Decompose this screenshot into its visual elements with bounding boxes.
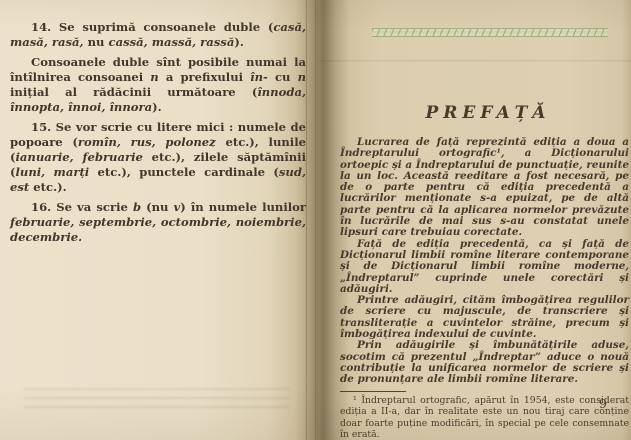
- left-page-text: 14. Se suprimă consoanele duble (casă, m…: [10, 20, 306, 250]
- rule-paragraph-15: 15. Se vor scrie cu litere mici : numele…: [10, 120, 306, 195]
- preface-paragraph-2: Față de ediția precedentă, ca și față de…: [340, 239, 629, 295]
- preface-paragraph-3: Printre adăugiri, cităm îmbogățirea regu…: [340, 295, 629, 340]
- rule-paragraph-16: 16. Se va scrie b (nu v) în numele lunil…: [10, 200, 306, 245]
- rule-paragraph-14-note: Consoanele duble sînt posibile numai la …: [10, 55, 306, 115]
- rule-paragraph-14: 14. Se suprimă consoanele duble (casă, m…: [10, 20, 306, 50]
- page-number: 9: [599, 396, 607, 411]
- left-page: 14. Se suprimă consoanele duble (casă, m…: [0, 0, 318, 440]
- right-page: PREFAȚĂ Lucrarea de față reprezintă ediț…: [318, 0, 631, 440]
- chain-ornament-band: [372, 28, 608, 37]
- footnote-rule: [340, 391, 406, 392]
- page-show-through: [24, 382, 290, 408]
- preface-content: Lucrarea de față reprezintă ediția a dou…: [340, 137, 629, 440]
- preface-paragraph-1: Lucrarea de față reprezintă ediția a dou…: [340, 137, 629, 239]
- preface-paragraph-4: Prin adăugirile și îmbunătățirile aduse,…: [340, 340, 629, 385]
- chapter-title: PREFAȚĂ: [358, 103, 618, 123]
- preface-body: Lucrarea de față reprezintă ediția a dou…: [340, 137, 629, 386]
- footnote: ¹ Îndreptarul ortografic, apărut în 1954…: [340, 395, 629, 440]
- book-spread: 14. Se suprimă consoanele duble (casă, m…: [0, 0, 631, 440]
